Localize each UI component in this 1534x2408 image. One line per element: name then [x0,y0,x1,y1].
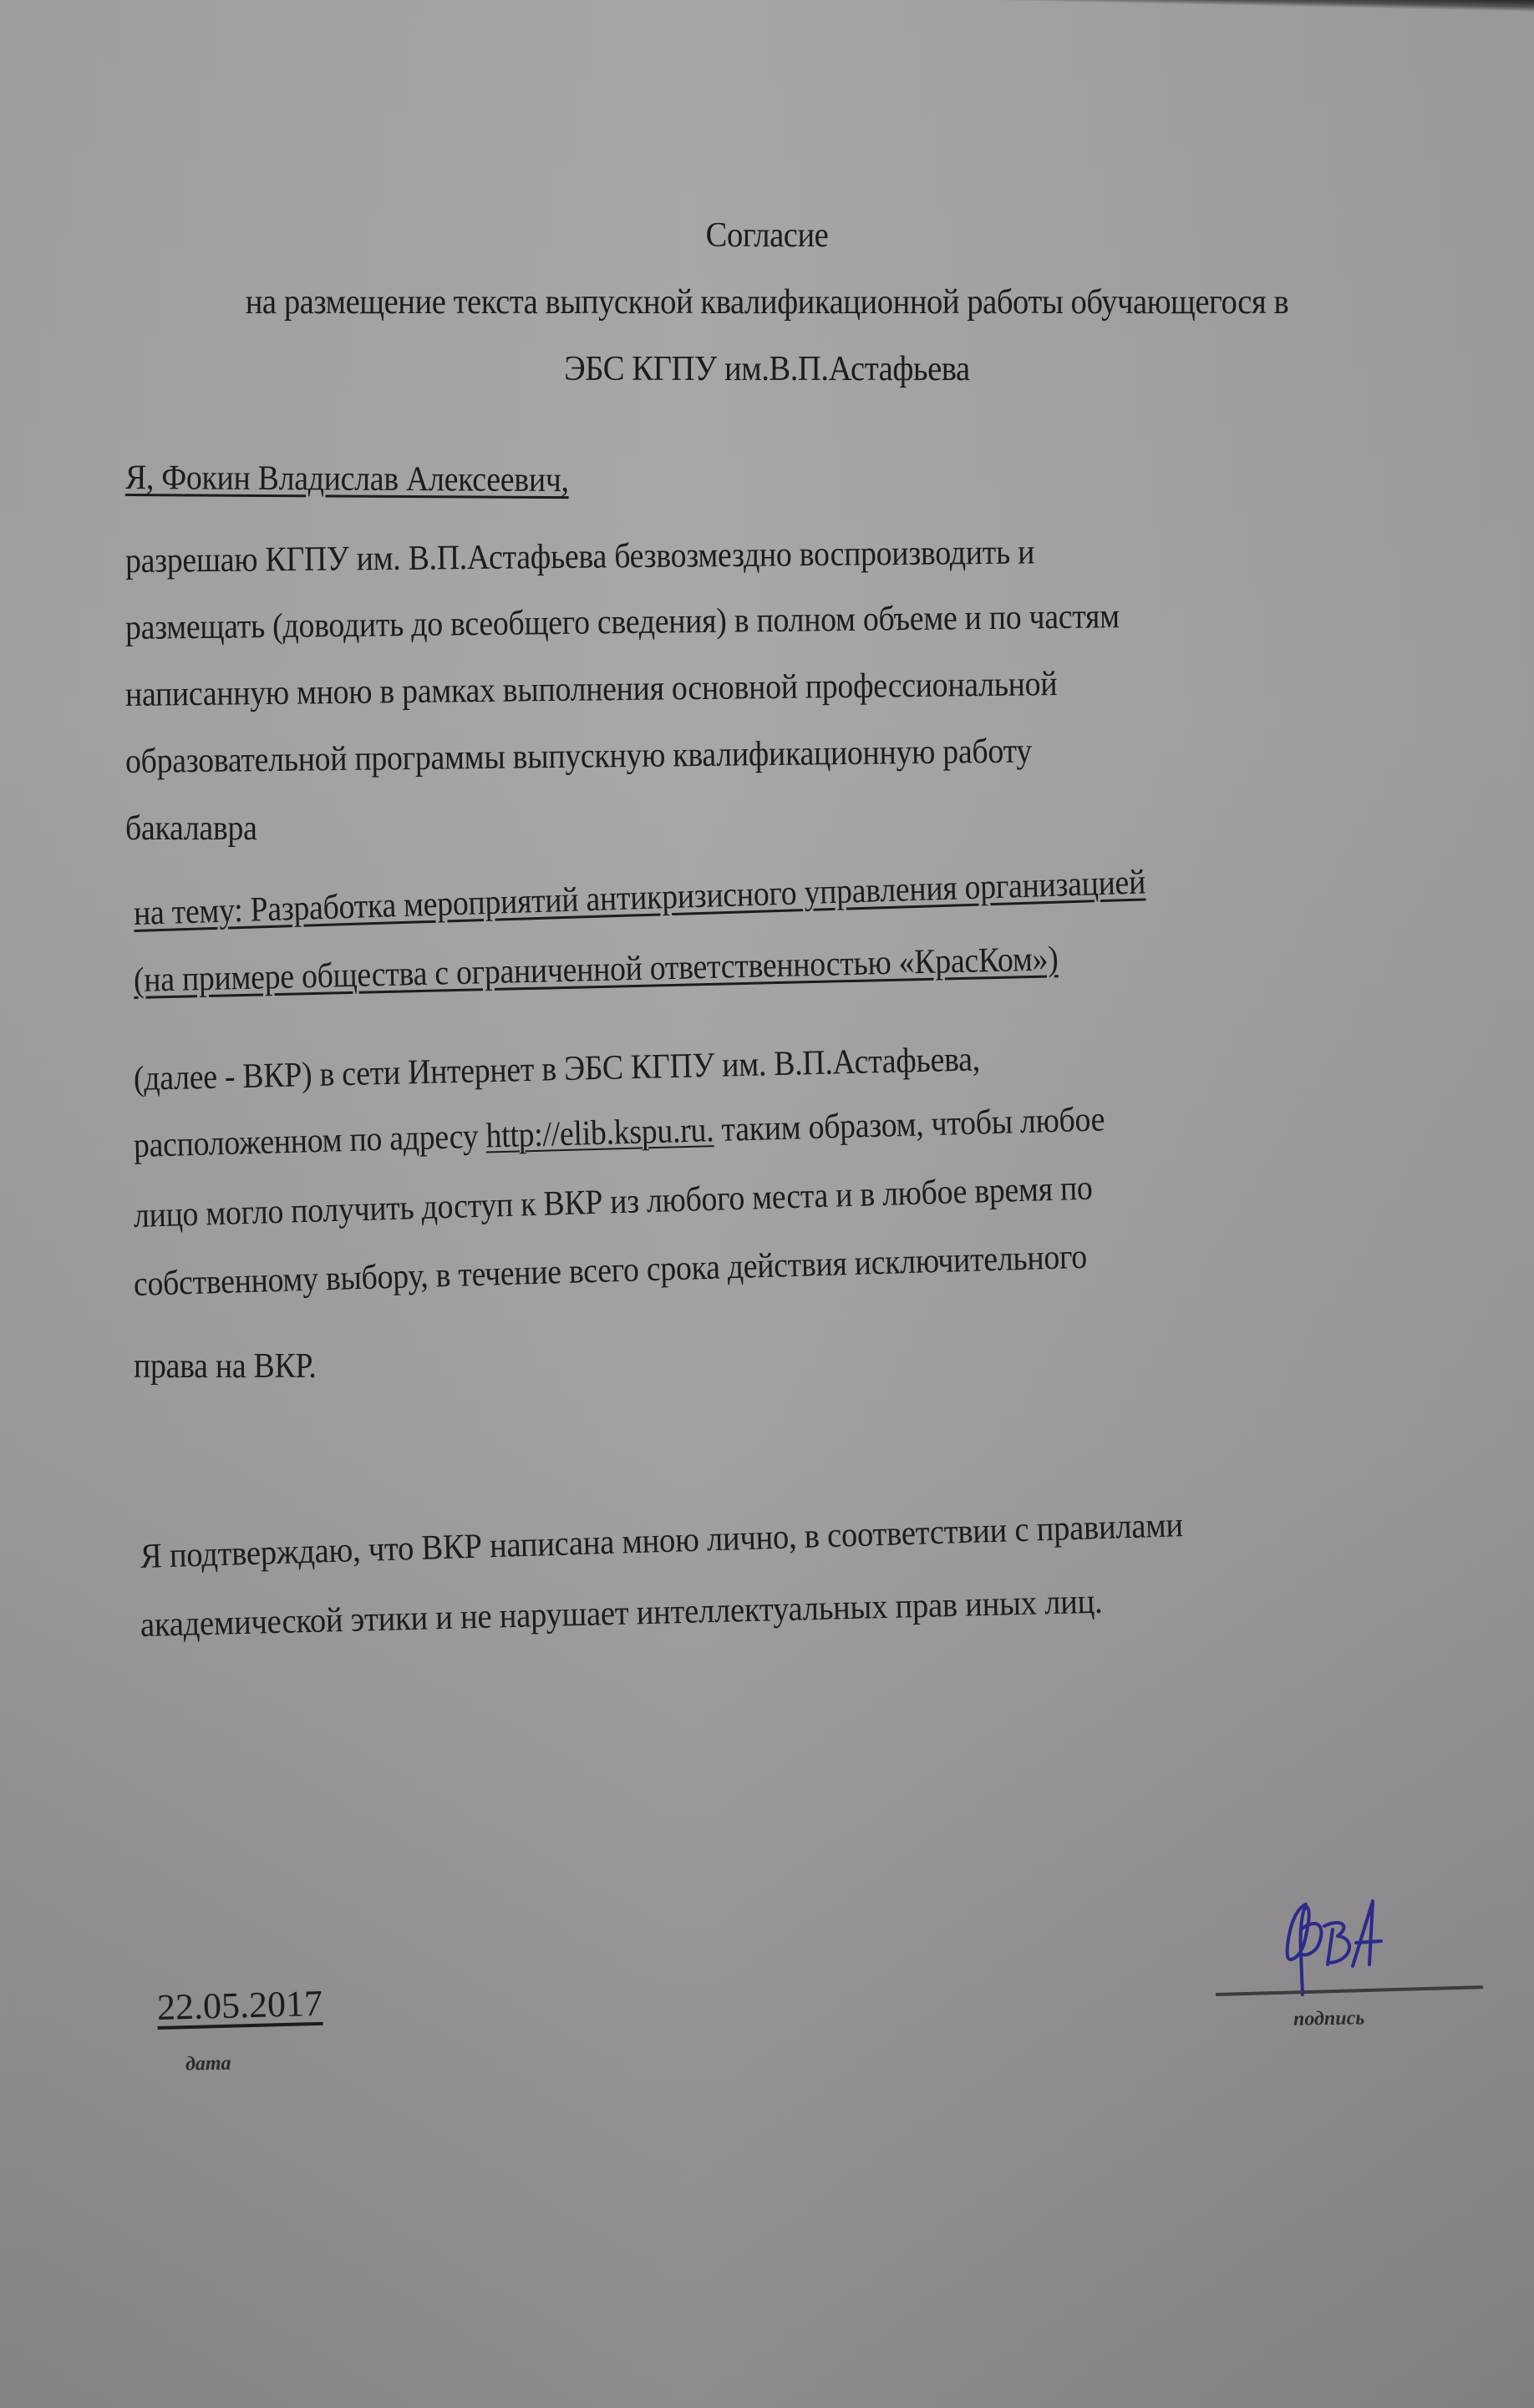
document-subtitle-line-1: на размещение текста выпускной квалифика… [61,282,1472,322]
permission-line-2: размещать (доводить до всеобщего сведени… [125,596,1120,648]
confirmation-line-2: академической этики и не нарушает интелл… [140,1582,1102,1645]
signature-caption: подпись [1293,2007,1365,2030]
topic-line-2: (на примере общества с ограниченной отве… [134,939,1059,1001]
placement-line-3: лицо могло получить доступ к ВКР из любо… [133,1169,1093,1236]
handwritten-signature [1283,1896,1391,2013]
placement-line-2-prefix: расположенном по адресу [133,1118,486,1165]
declarant-name: Я, Фокин Владислав Алексеевич, [125,458,569,500]
date-caption: дата [185,2053,231,2076]
permission-line-5: бакалавра [125,809,257,849]
topic-line-1: на тему: Разработка мероприятий антикриз… [133,862,1145,934]
confirmation-line-1: Я подтверждаю, что ВКР написана мною лич… [140,1505,1183,1577]
permission-line-1: разрешаю КГПУ им. В.П.Астафьева безвозме… [125,532,1034,581]
consent-document: Согласие на размещение текста выпускной … [0,0,1534,2408]
permission-line-4: образовательной программы выпускную квал… [125,731,1032,782]
elib-link[interactable]: http://elib.kspu.ru. [485,1111,714,1155]
signature-icon [1283,1896,1391,2013]
placement-line-1: (далее - ВКР) в сети Интернет в ЭБС КГПУ… [134,1039,981,1099]
placement-line-5: права на ВКР. [134,1346,317,1387]
document-subtitle-line-2: ЭБС КГПУ им.В.П.Астафьева [61,349,1472,389]
placement-line-2: расположенном по адресу http://elib.kspu… [133,1099,1105,1166]
placement-line-2-suffix: таким образом, чтобы любое [714,1100,1105,1149]
document-title: Согласие [61,215,1472,256]
placement-line-4: собственному выбору, в течение всего сро… [133,1237,1087,1305]
date-value: 22.05.2017 [156,1982,331,2029]
permission-line-3: написанную мною в рамках выполнения осно… [125,664,1058,715]
